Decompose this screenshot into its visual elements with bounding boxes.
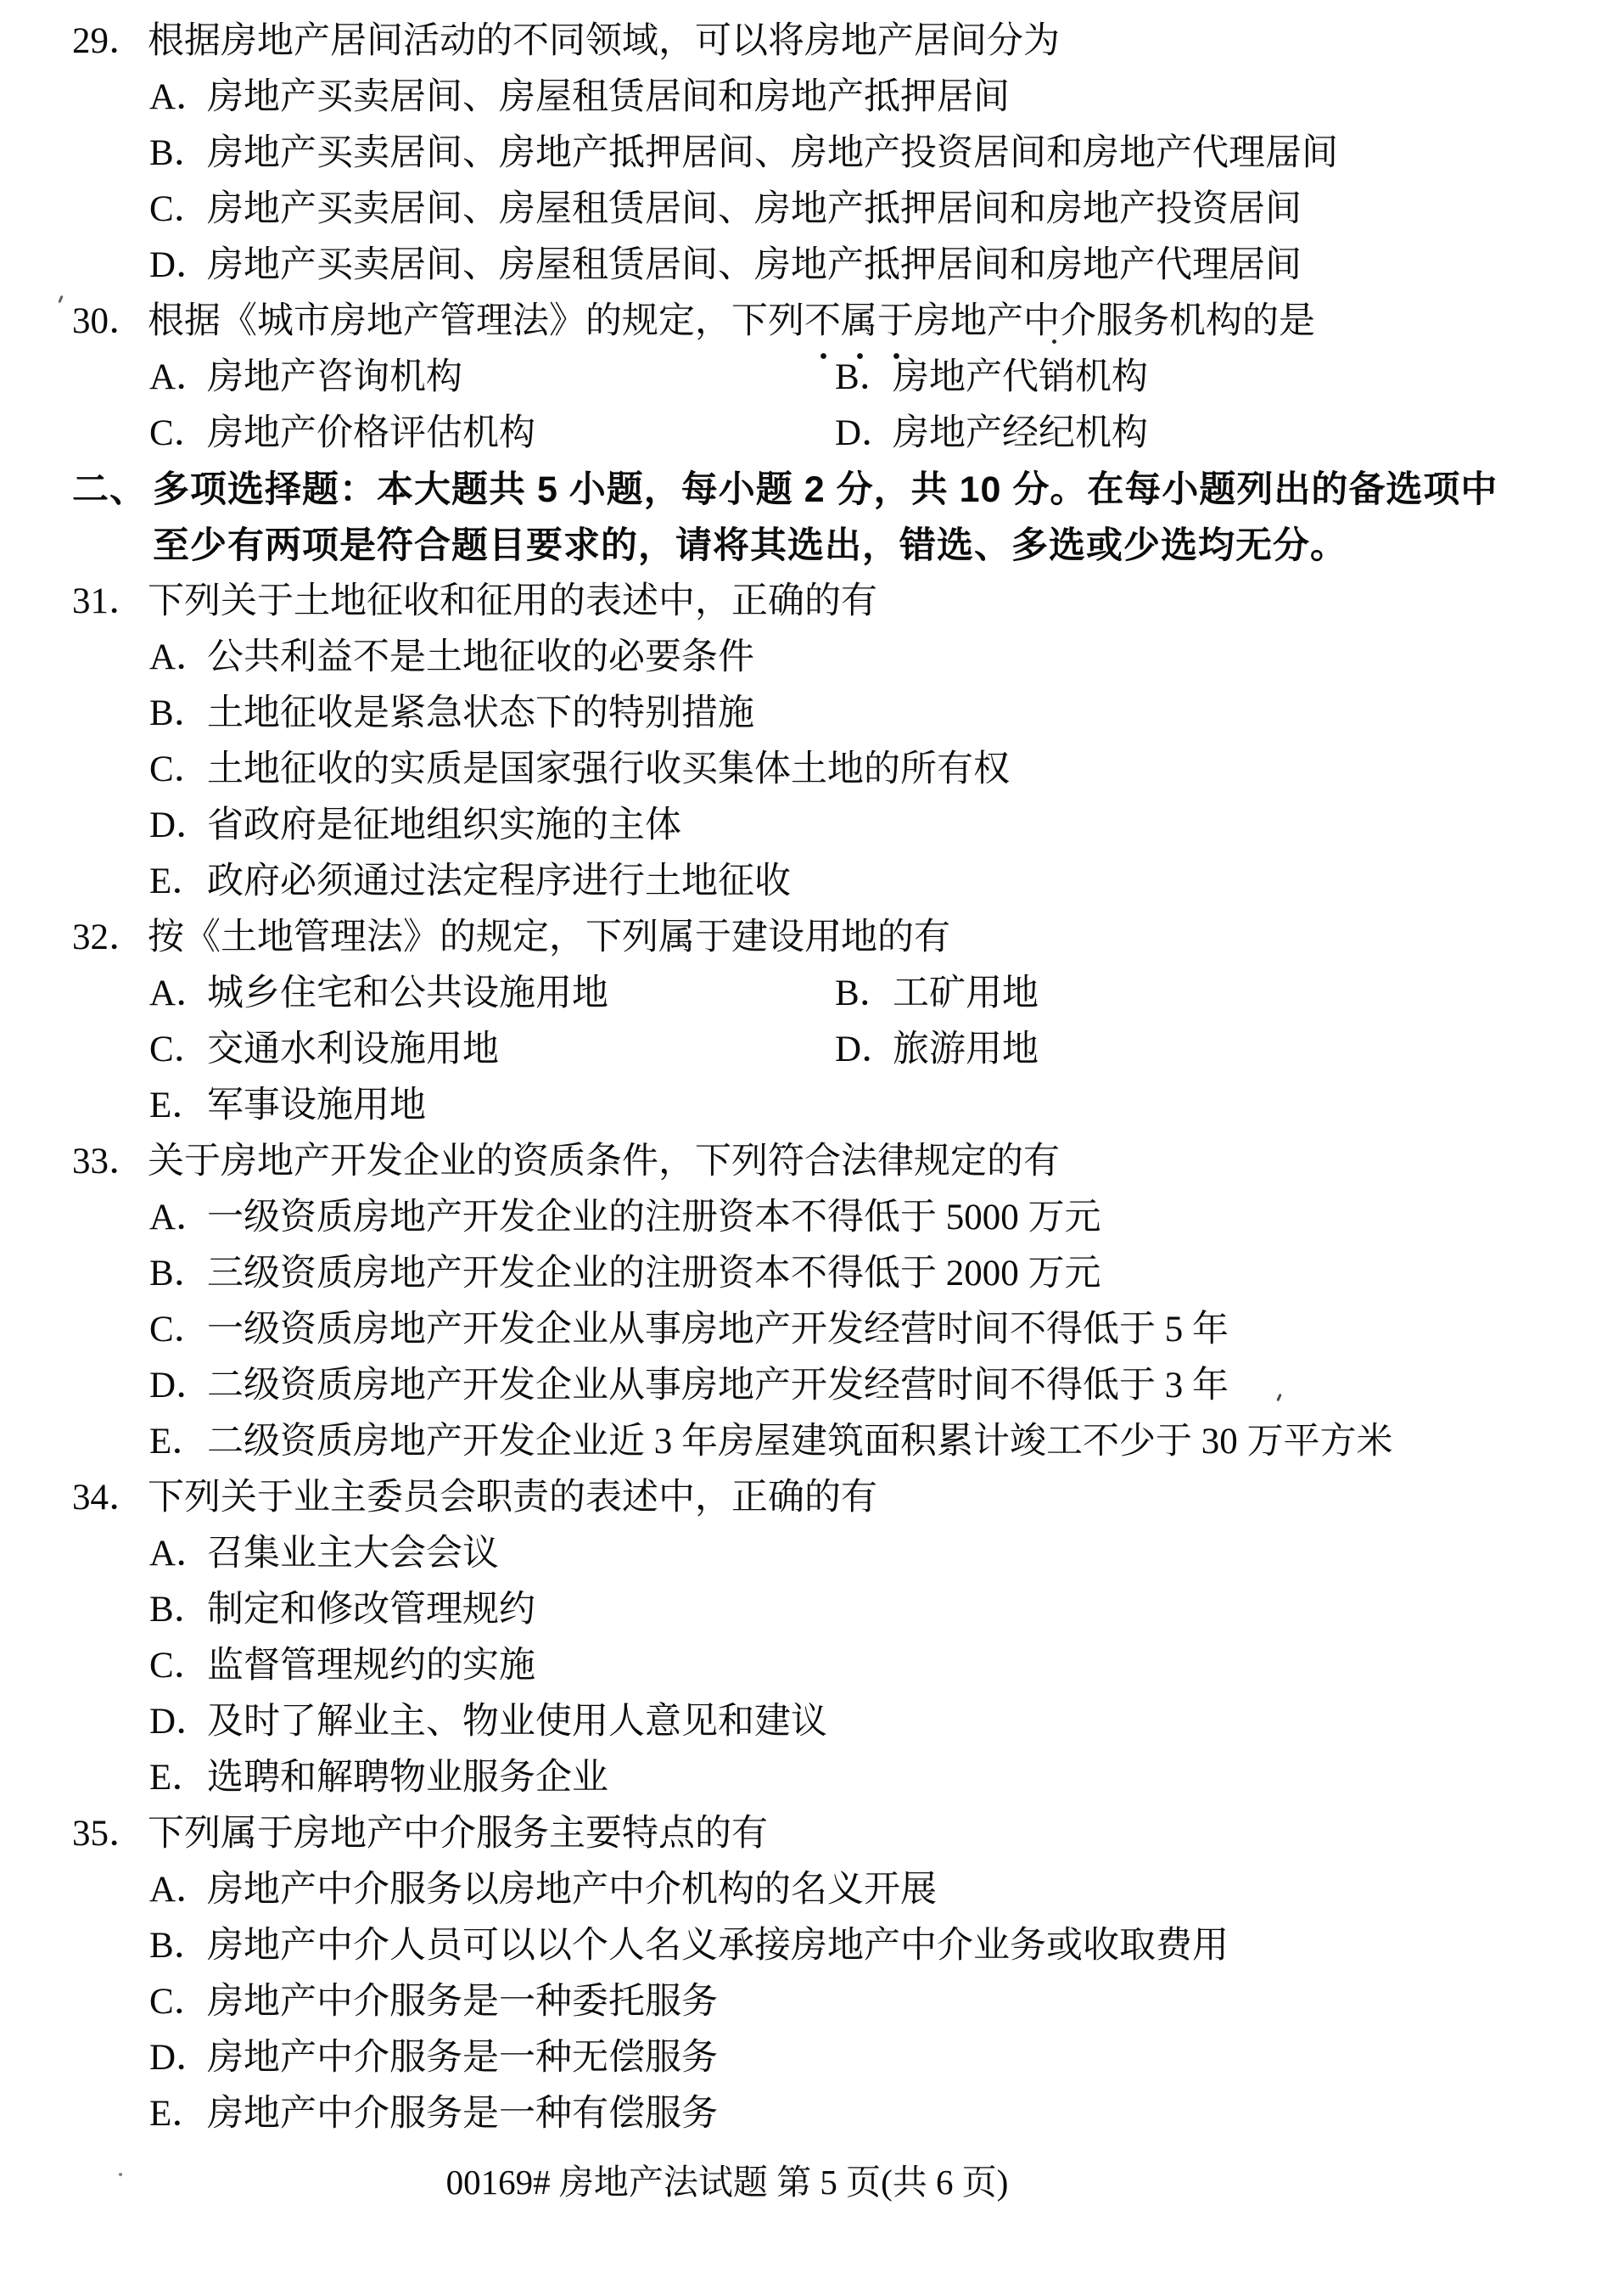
- option-label: C．: [149, 1638, 207, 1694]
- q32-options-row-1: A．城乡住宅和公共设施用地 B．工矿用地: [0, 966, 1624, 1022]
- exam-paper-page: 29．根据房地产居间活动的不同领域，可以将房地产居间分为 A．房地产买卖居间、房…: [0, 0, 1624, 2295]
- q34-option-c: C．监督管理规约的实施: [0, 1638, 1624, 1694]
- option-label: A．: [149, 1190, 207, 1246]
- option-label: B．: [149, 1246, 207, 1302]
- q33-option-a: A．一级资质房地产开发企业的注册资本不得低于 5000 万元: [0, 1190, 1624, 1246]
- option-text: 城乡住宅和公共设施用地: [207, 974, 608, 1013]
- question-number: 31．: [72, 574, 148, 630]
- q34-option-d: D．及时了解业主、物业使用人意见和建议: [0, 1694, 1624, 1750]
- option-label: D．: [149, 798, 207, 854]
- q29-option-a: A．房地产买卖居间、房屋租赁居间和房地产抵押居间: [0, 70, 1624, 126]
- q31-option-b: B．土地征收是紧急状态下的特别措施: [0, 686, 1624, 742]
- option-text: 房地产买卖居间、房屋租赁居间、房地产抵押居间和房地产投资居间: [207, 189, 1302, 229]
- option-label: D．: [835, 406, 893, 462]
- option-text: 政府必须通过法定程序进行土地征收: [207, 861, 791, 901]
- q30-option-d: D．房地产经纪机构: [835, 406, 1148, 462]
- q35-option-e: E．房地产中介服务是一种有偿服务: [0, 2086, 1624, 2142]
- option-label: A．: [149, 70, 207, 126]
- question-text: 根据房地产居间活动的不同领域，可以将房地产居间分为: [148, 21, 1060, 61]
- option-text: 房地产中介服务是一种委托服务: [207, 1982, 718, 2022]
- stem-text-pre: 根据《城市房地产管理法》的规定，下列: [148, 301, 804, 341]
- option-label: D．: [149, 238, 207, 294]
- q29-option-d: D．房地产买卖居间、房屋租赁居间、房地产抵押居间和房地产代理居间: [0, 238, 1624, 294]
- option-text: 选聘和解聘物业服务企业: [207, 1758, 608, 1798]
- q30-option-c: C．房地产价格评估机构: [149, 406, 835, 462]
- question-number: 30．: [72, 294, 148, 350]
- q30-options-row-1: A．房地产咨询机构 B．房地产代销机构: [0, 350, 1624, 406]
- question-text: 关于房地产开发企业的资质条件，下列符合法律规定的有: [148, 1142, 1060, 1181]
- option-text: 工矿用地: [893, 974, 1039, 1013]
- question-31-stem: 31．下列关于土地征收和征用的表述中，正确的有: [0, 574, 1624, 630]
- option-text: 房地产买卖居间、房屋租赁居间、房地产抵押居间和房地产代理居间: [207, 245, 1302, 285]
- option-label: D．: [149, 1694, 207, 1750]
- q31-option-d: D．省政府是征地组织实施的主体: [0, 798, 1624, 854]
- option-text: 土地征收是紧急状态下的特别措施: [207, 693, 754, 733]
- option-label: A．: [149, 966, 207, 1022]
- q35-option-a: A．房地产中介服务以房地产中介机构的名义开展: [0, 1862, 1624, 1918]
- option-text: 一级资质房地产开发企业的注册资本不得低于 5000 万元: [207, 1198, 1101, 1237]
- option-text: 房地产中介服务是一种无偿服务: [207, 2038, 718, 2078]
- q35-option-b: B．房地产中介人员可以以个人名义承接房地产中介业务或收取费用: [0, 1918, 1624, 1974]
- question-number: 32．: [72, 910, 148, 966]
- q32-options-row-2: C．交通水利设施用地 D．旅游用地: [0, 1022, 1624, 1078]
- option-label: A．: [149, 630, 207, 686]
- q32-option-d: D．旅游用地: [835, 1022, 1039, 1078]
- option-label: C．: [149, 1022, 207, 1078]
- option-label: B．: [835, 350, 893, 406]
- q31-option-c: C．土地征收的实质是国家强行收买集体土地的所有权: [0, 742, 1624, 798]
- option-text: 房地产买卖居间、房地产抵押居间、房地产投资居间和房地产代理居间: [207, 133, 1338, 173]
- q31-option-e: E．政府必须通过法定程序进行土地征收: [0, 854, 1624, 910]
- option-text: 房地产价格评估机构: [207, 413, 535, 453]
- option-text: 房地产经纪机构: [893, 413, 1148, 453]
- q31-option-a: A．公共利益不是土地征收的必要条件: [0, 630, 1624, 686]
- q35-option-d: D．房地产中介服务是一种无偿服务: [0, 2030, 1624, 2086]
- option-text: 监督管理规约的实施: [207, 1646, 535, 1686]
- option-label: E．: [149, 854, 207, 910]
- question-text: 下列关于业主委员会职责的表述中，正确的有: [148, 1478, 877, 1518]
- option-label: B．: [835, 966, 893, 1022]
- option-label: D．: [835, 1022, 893, 1078]
- option-text: 交通水利设施用地: [207, 1030, 499, 1069]
- q29-option-c: C．房地产买卖居间、房屋租赁居间、房地产抵押居间和房地产投资居间: [0, 182, 1624, 238]
- option-label: D．: [149, 1358, 207, 1414]
- option-label: B．: [149, 1582, 207, 1638]
- q34-option-b: B．制定和修改管理规约: [0, 1582, 1624, 1638]
- option-text: 房地产代销机构: [893, 357, 1148, 397]
- q33-option-b: B．三级资质房地产开发企业的注册资本不得低于 2000 万元: [0, 1246, 1624, 1302]
- option-text: 及时了解业主、物业使用人意见和建议: [207, 1702, 827, 1742]
- option-label: A．: [149, 1526, 207, 1582]
- q33-option-e: E．二级资质房地产开发企业近 3 年房屋建筑面积累计竣工不少于 30 万平方米: [0, 1414, 1624, 1470]
- question-29-stem: 29．根据房地产居间活动的不同领域，可以将房地产居间分为: [0, 14, 1624, 70]
- option-text: 三级资质房地产开发企业的注册资本不得低于 2000 万元: [207, 1254, 1101, 1293]
- option-text: 召集业主大会会议: [207, 1534, 499, 1574]
- option-text: 房地产中介服务是一种有偿服务: [207, 2094, 718, 2134]
- q32-option-b: B．工矿用地: [835, 966, 1039, 1022]
- option-label: C．: [149, 406, 207, 462]
- option-label: C．: [149, 1302, 207, 1358]
- question-34-stem: 34．下列关于业主委员会职责的表述中，正确的有: [0, 1470, 1624, 1526]
- option-text: 制定和修改管理规约: [207, 1590, 535, 1630]
- stem-text-post: 房地产中介服务机构的是: [914, 301, 1315, 341]
- option-text: 房地产中介人员可以以个人名义承接房地产中介业务或收取费用: [207, 1926, 1229, 1966]
- question-number: 35．: [72, 1806, 148, 1862]
- question-number: 33．: [72, 1134, 148, 1190]
- footer-text: 00169# 房地产法试题 第 5 页(共 6 页): [446, 2163, 1009, 2202]
- option-label: B．: [149, 1918, 207, 1974]
- option-label: C．: [149, 742, 207, 798]
- question-text: 按《土地管理法》的规定，下列属于建设用地的有: [148, 917, 950, 957]
- q35-option-c: C．房地产中介服务是一种委托服务: [0, 1974, 1624, 2030]
- option-label: E．: [149, 1414, 207, 1470]
- q32-option-c: C．交通水利设施用地: [149, 1022, 835, 1078]
- option-label: C．: [149, 1974, 207, 2030]
- question-30-stem: 30．根据《城市房地产管理法》的规定，下列不属于房地产中介服务机构的是: [0, 294, 1624, 350]
- option-label: B．: [149, 686, 207, 742]
- option-text: 军事设施用地: [207, 1086, 426, 1125]
- option-text: 一级资质房地产开发企业从事房地产开发经营时间不得低于 5 年: [207, 1310, 1229, 1350]
- q30-option-a: A．房地产咨询机构: [149, 350, 835, 406]
- question-number: 29．: [72, 14, 148, 70]
- exam-sheet: 29．根据房地产居间活动的不同领域，可以将房地产居间分为 A．房地产买卖居间、房…: [0, 14, 1624, 2210]
- q32-option-a: A．城乡住宅和公共设施用地: [149, 966, 835, 1022]
- q29-option-b: B．房地产买卖居间、房地产抵押居间、房地产投资居间和房地产代理居间: [0, 126, 1624, 182]
- option-label: B．: [149, 126, 207, 182]
- option-text: 房地产咨询机构: [207, 357, 462, 397]
- q30-options-row-2: C．房地产价格评估机构 D．房地产经纪机构: [0, 406, 1624, 462]
- section-2-header-line-2: 至少有两项是符合题目要求的，请将其选出，错选、多选或少选均无分。: [0, 518, 1624, 574]
- option-label: C．: [149, 182, 207, 238]
- section-header-text: 多项选择题：本大题共 5 小题，每小题 2 分，共 10 分。在每小题列出的备选…: [153, 469, 1498, 510]
- option-label: A．: [149, 350, 207, 406]
- q34-option-a: A．召集业主大会会议: [0, 1526, 1624, 1582]
- option-label: E．: [149, 1078, 207, 1134]
- option-label: E．: [149, 2086, 207, 2142]
- q34-option-e: E．选聘和解聘物业服务企业: [0, 1750, 1624, 1806]
- question-text: 根据《城市房地产管理法》的规定，下列不属于房地产中介服务机构的是: [148, 301, 1315, 341]
- page-footer: 00169# 房地产法试题 第 5 页(共 6 页): [0, 2154, 1539, 2210]
- option-text: 土地征收的实质是国家强行收买集体土地的所有权: [207, 749, 1010, 789]
- section-2-header-line-1: 二、多项选择题：本大题共 5 小题，每小题 2 分，共 10 分。在每小题列出的…: [0, 462, 1624, 518]
- q32-option-e: E．军事设施用地: [0, 1078, 1624, 1134]
- q30-option-b: B．房地产代销机构: [835, 350, 1148, 406]
- question-number: 34．: [72, 1470, 148, 1526]
- option-text: 省政府是征地组织实施的主体: [207, 805, 681, 845]
- option-text: 公共利益不是土地征收的必要条件: [207, 637, 754, 677]
- question-33-stem: 33．关于房地产开发企业的资质条件，下列符合法律规定的有: [0, 1134, 1624, 1190]
- section-label: 二、: [72, 462, 153, 518]
- scan-artifact: [835, 922, 838, 925]
- option-text: 旅游用地: [893, 1030, 1039, 1069]
- scan-artifact: [119, 2173, 122, 2176]
- option-label: D．: [149, 2030, 207, 2086]
- question-35-stem: 35．下列属于房地产中介服务主要特点的有: [0, 1806, 1624, 1862]
- section-header-text: 至少有两项是符合题目要求的，请将其选出，错选、多选或少选均无分。: [153, 525, 1347, 566]
- q33-option-d: D．二级资质房地产开发企业从事房地产开发经营时间不得低于 3 年: [0, 1358, 1624, 1414]
- option-label: A．: [149, 1862, 207, 1918]
- option-text: 二级资质房地产开发企业从事房地产开发经营时间不得低于 3 年: [207, 1366, 1229, 1406]
- scan-artifact: [1052, 339, 1056, 344]
- question-32-stem: 32．按《土地管理法》的规定，下列属于建设用地的有: [0, 910, 1624, 966]
- option-text: 二级资质房地产开发企业近 3 年房屋建筑面积累计竣工不少于 30 万平方米: [207, 1422, 1393, 1462]
- option-label: E．: [149, 1750, 207, 1806]
- option-text: 房地产买卖居间、房屋租赁居间和房地产抵押居间: [207, 77, 1010, 117]
- question-text: 下列关于土地征收和征用的表述中，正确的有: [148, 581, 877, 621]
- question-text: 下列属于房地产中介服务主要特点的有: [148, 1814, 768, 1854]
- q33-option-c: C．一级资质房地产开发企业从事房地产开发经营时间不得低于 5 年: [0, 1302, 1624, 1358]
- option-text: 房地产中介服务以房地产中介机构的名义开展: [207, 1870, 937, 1910]
